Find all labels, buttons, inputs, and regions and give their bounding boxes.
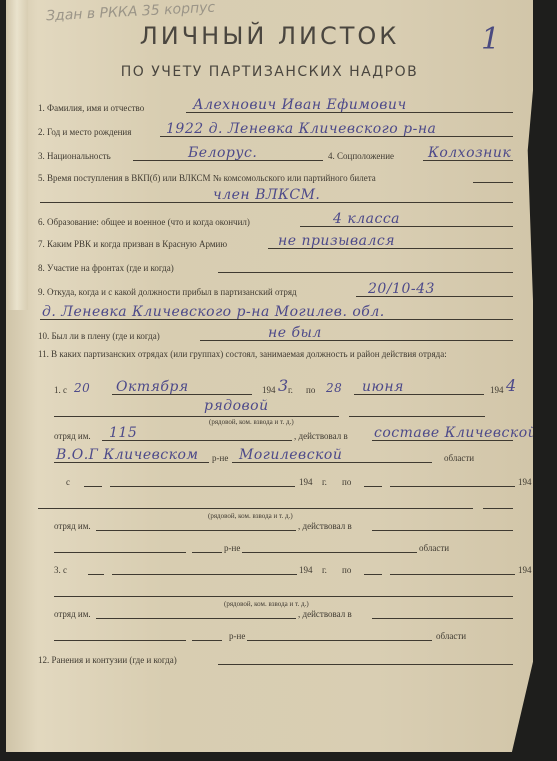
field-detachments: 11. В каких партизанских отрядах (или гр… xyxy=(38,346,513,376)
detachment-value[interactable]: 115 xyxy=(109,425,137,441)
field-label: 9. Откуда, когда и с какой должности при… xyxy=(38,287,297,297)
field-army: 7. Каким РВК и когда призван в Красную А… xyxy=(38,232,513,252)
field-education: 6. Образование: общее и военное (что и к… xyxy=(38,210,513,230)
detachment-2-dates: с 194 г. по 194 xyxy=(54,470,513,490)
to-day[interactable]: 28 xyxy=(326,381,342,395)
from-day[interactable]: 20 xyxy=(74,381,90,395)
field-arrival-cont: д. Леневка Кличевского р-на Могилев. обл… xyxy=(38,303,513,323)
field-nationality: 3. Национальность Белорус. 4. Соцположен… xyxy=(38,144,513,164)
detachment-3-region: р-не области xyxy=(54,624,513,644)
field-line xyxy=(218,272,513,273)
detachment-1-position: рядовой (рядовой, ком. взвода и т. д.) xyxy=(54,400,513,420)
field-value[interactable]: Колхозник xyxy=(428,145,511,161)
field-label: 12. Ранения и контузии (где и когда) xyxy=(38,655,177,665)
detachment-1-name: отряд им. 115 , действовал в составе Кли… xyxy=(54,424,513,444)
acted-in-value[interactable]: составе Кличевской xyxy=(374,425,537,441)
region-value[interactable]: Могилевской xyxy=(239,447,342,463)
field-value[interactable]: д. Леневка Кличевского р-на Могилев. обл… xyxy=(42,304,385,320)
field-label: 7. Каким РВК и когда призван в Красную А… xyxy=(38,239,227,249)
field-party: 5. Время поступления в ВКП(б) или ВЛКСМ … xyxy=(38,166,513,186)
field-birth: 2. Год и место рождения 1922 д. Леневка … xyxy=(38,120,513,140)
field-label: 11. В каких партизанских отрядах (или гр… xyxy=(38,348,518,360)
field-line xyxy=(473,182,513,183)
detachment-1-dates: 1. с 20 Октября 194 3 г. по 28 июня 194 … xyxy=(54,378,513,398)
field-value[interactable]: не был xyxy=(268,325,322,341)
field-label: 4. Соцположение xyxy=(328,151,394,161)
detachment-3-name: отряд им. , действовал в xyxy=(54,602,513,622)
field-arrival: 9. Откуда, когда и с какой должности при… xyxy=(38,280,513,300)
to-year[interactable]: 4 xyxy=(506,376,517,395)
document-page: Здан в РККА 35 корпус 1 ЛИЧНЫЙ ЛИСТОК ПО… xyxy=(6,0,533,752)
position-value[interactable]: рядовой xyxy=(204,398,269,414)
field-value[interactable]: 4 класса xyxy=(333,211,400,227)
field-fronts: 8. Участие на фронтах (где и когда) xyxy=(38,256,513,276)
field-label: 10. Был ли в плену (где и когда) xyxy=(38,331,160,341)
field-name: 1. Фамилия, имя и отчество Алехнович Ива… xyxy=(38,96,513,116)
from-month[interactable]: Октября xyxy=(116,379,189,395)
field-line xyxy=(200,340,513,341)
page-subtitle: ПО УЧЕТУ ПАРТИЗАНСКИХ НАДРОВ xyxy=(6,64,533,80)
page-title: ЛИЧНЫЙ ЛИСТОК xyxy=(6,22,533,50)
detachment-2-region: р-не области xyxy=(54,536,513,556)
to-month[interactable]: июня xyxy=(362,379,404,395)
district-value[interactable]: В.О.Г Кличевском xyxy=(56,447,199,463)
field-label: 2. Год и место рождения xyxy=(38,127,131,137)
field-line xyxy=(300,226,513,227)
field-line xyxy=(218,664,513,665)
field-value[interactable]: 1922 д. Леневка Кличевского р-на xyxy=(166,121,436,137)
field-label: 8. Участие на фронтах (где и когда) xyxy=(38,263,174,273)
field-value[interactable]: Алехнович Иван Ефимович xyxy=(193,97,407,113)
field-label: 5. Время поступления в ВКП(б) или ВЛКСМ … xyxy=(38,173,376,183)
pencil-note: Здан в РККА 35 корпус xyxy=(46,0,216,24)
detachment-1-region: В.О.Г Кличевском р-не Могилевской област… xyxy=(54,446,513,466)
field-value[interactable]: член ВЛКСМ. xyxy=(213,187,320,203)
field-value[interactable]: Белорус. xyxy=(188,145,257,161)
field-value[interactable]: не призывался xyxy=(278,233,395,249)
detachment-2-position: (рядовой, ком. взвода и т. д.) xyxy=(38,492,513,512)
field-captivity: 10. Был ли в плену (где и когда) не был xyxy=(38,324,513,344)
detachment-3-position: (рядовой, ком. взвода и т. д.) xyxy=(54,580,513,600)
field-label: 1. Фамилия, имя и отчество xyxy=(38,103,144,113)
field-label: 6. Образование: общее и военное (что и к… xyxy=(38,217,250,227)
detachment-3-dates: 3. с 194 г. по 194 xyxy=(54,558,513,578)
detachment-2-name: отряд им. , действовал в xyxy=(54,514,513,534)
field-label: 3. Национальность xyxy=(38,151,111,161)
field-party-cont: член ВЛКСМ. xyxy=(38,186,513,206)
field-value[interactable]: 20/10-43 xyxy=(368,281,435,297)
field-wounds: 12. Ранения и контузии (где и когда) xyxy=(38,648,513,668)
